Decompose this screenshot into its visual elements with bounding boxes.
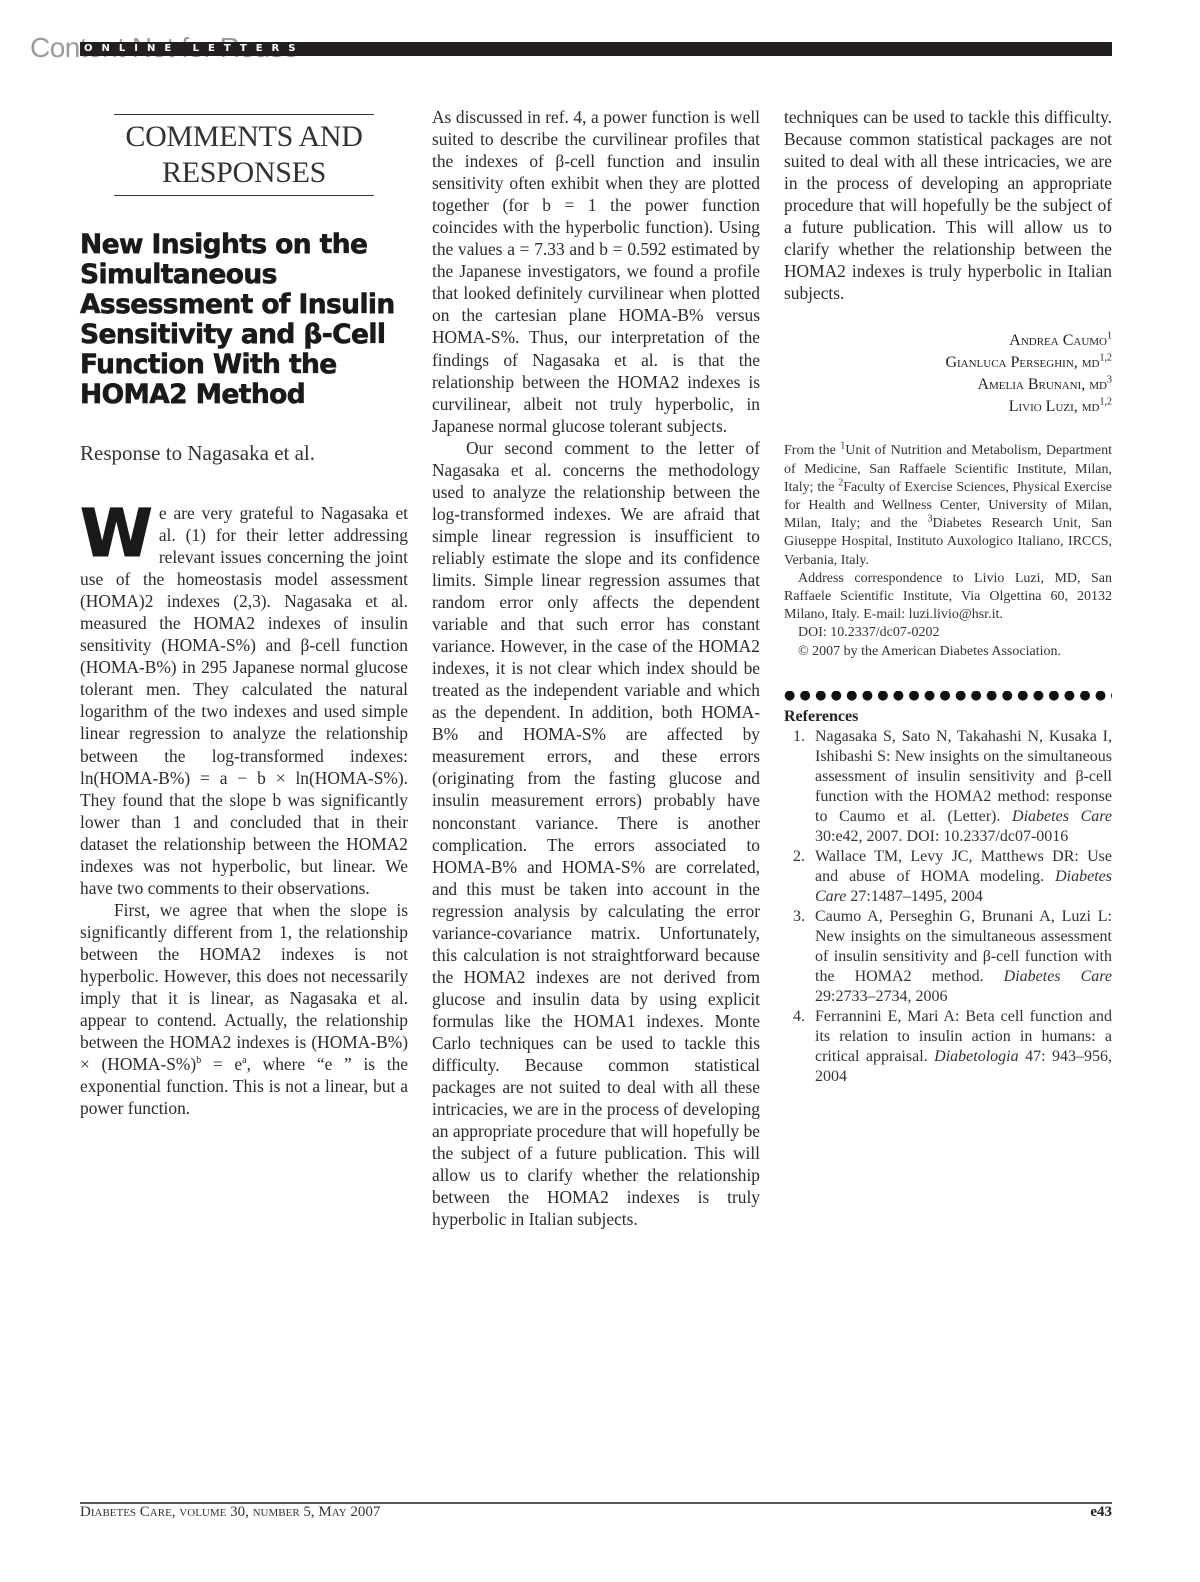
reference-item: 1.Nagasaka S, Sato N, Takahashi N, Kusak… — [784, 727, 1112, 847]
paragraph-3: As discussed in ref. 4, a power function… — [432, 106, 760, 437]
reference-item: 4.Ferrannini E, Mari A: Beta cell functi… — [784, 1007, 1112, 1087]
column-2: As discussed in ref. 4, a power function… — [432, 106, 760, 1449]
section-label: ONLINE LETTERS — [84, 42, 304, 56]
column-1: COMMENTS AND RESPONSES New Insights on t… — [80, 106, 408, 1119]
journal-info: Diabetes Care, volume 30, number 5, May … — [80, 1504, 380, 1521]
author: Amelia Brunani, md3 — [784, 374, 1112, 396]
paragraph-2: First, we agree that when the slope is s… — [80, 899, 408, 1119]
column-3: techniques can be used to tackle this di… — [784, 106, 1112, 1087]
author-list: Andrea Caumo1 Gianluca Perseghin, md1,2 … — [784, 330, 1112, 418]
reference-list: 1.Nagasaka S, Sato N, Takahashi N, Kusak… — [784, 727, 1112, 1087]
dotted-divider: ●●●●●●●●●●●●●●●●●●●●●●●●●●●●●● — [784, 691, 1112, 701]
paragraph-1: We are very grateful to Nagasaka et al. … — [80, 502, 408, 899]
reference-item: 2.Wallace TM, Levy JC, Matthews DR: Use … — [784, 847, 1112, 907]
author: Andrea Caumo1 — [784, 330, 1112, 352]
copyright: © 2007 by the American Diabetes Associat… — [784, 643, 1112, 661]
paragraph-4: Our second comment to the letter of Naga… — [432, 437, 760, 1449]
correspondence: Address correspondence to Livio Luzi, MD… — [784, 570, 1112, 625]
page-number: e43 — [1090, 1504, 1112, 1521]
paragraph-4-continued: techniques can be used to tackle this di… — [784, 106, 1112, 304]
article-body: We are very grateful to Nagasaka et al. … — [80, 502, 408, 1119]
author: Livio Luzi, md1,2 — [784, 396, 1112, 418]
article-title: New Insights on the Simultaneous Assessm… — [80, 230, 408, 410]
section-heading: COMMENTS AND RESPONSES — [114, 114, 374, 196]
doi: DOI: 10.2337/dc07-0202 — [784, 624, 1112, 642]
affiliation-text: From the 1Unit of Nutrition and Metaboli… — [784, 442, 1112, 569]
references-heading: References — [784, 707, 1112, 727]
affiliations: From the 1Unit of Nutrition and Metaboli… — [784, 442, 1112, 660]
article-subtitle: Response to Nagasaka et al. — [80, 440, 408, 466]
drop-cap: W — [80, 506, 153, 562]
author: Gianluca Perseghin, md1,2 — [784, 352, 1112, 374]
reference-item: 3.Caumo A, Perseghin G, Brunani A, Luzi … — [784, 907, 1112, 1007]
